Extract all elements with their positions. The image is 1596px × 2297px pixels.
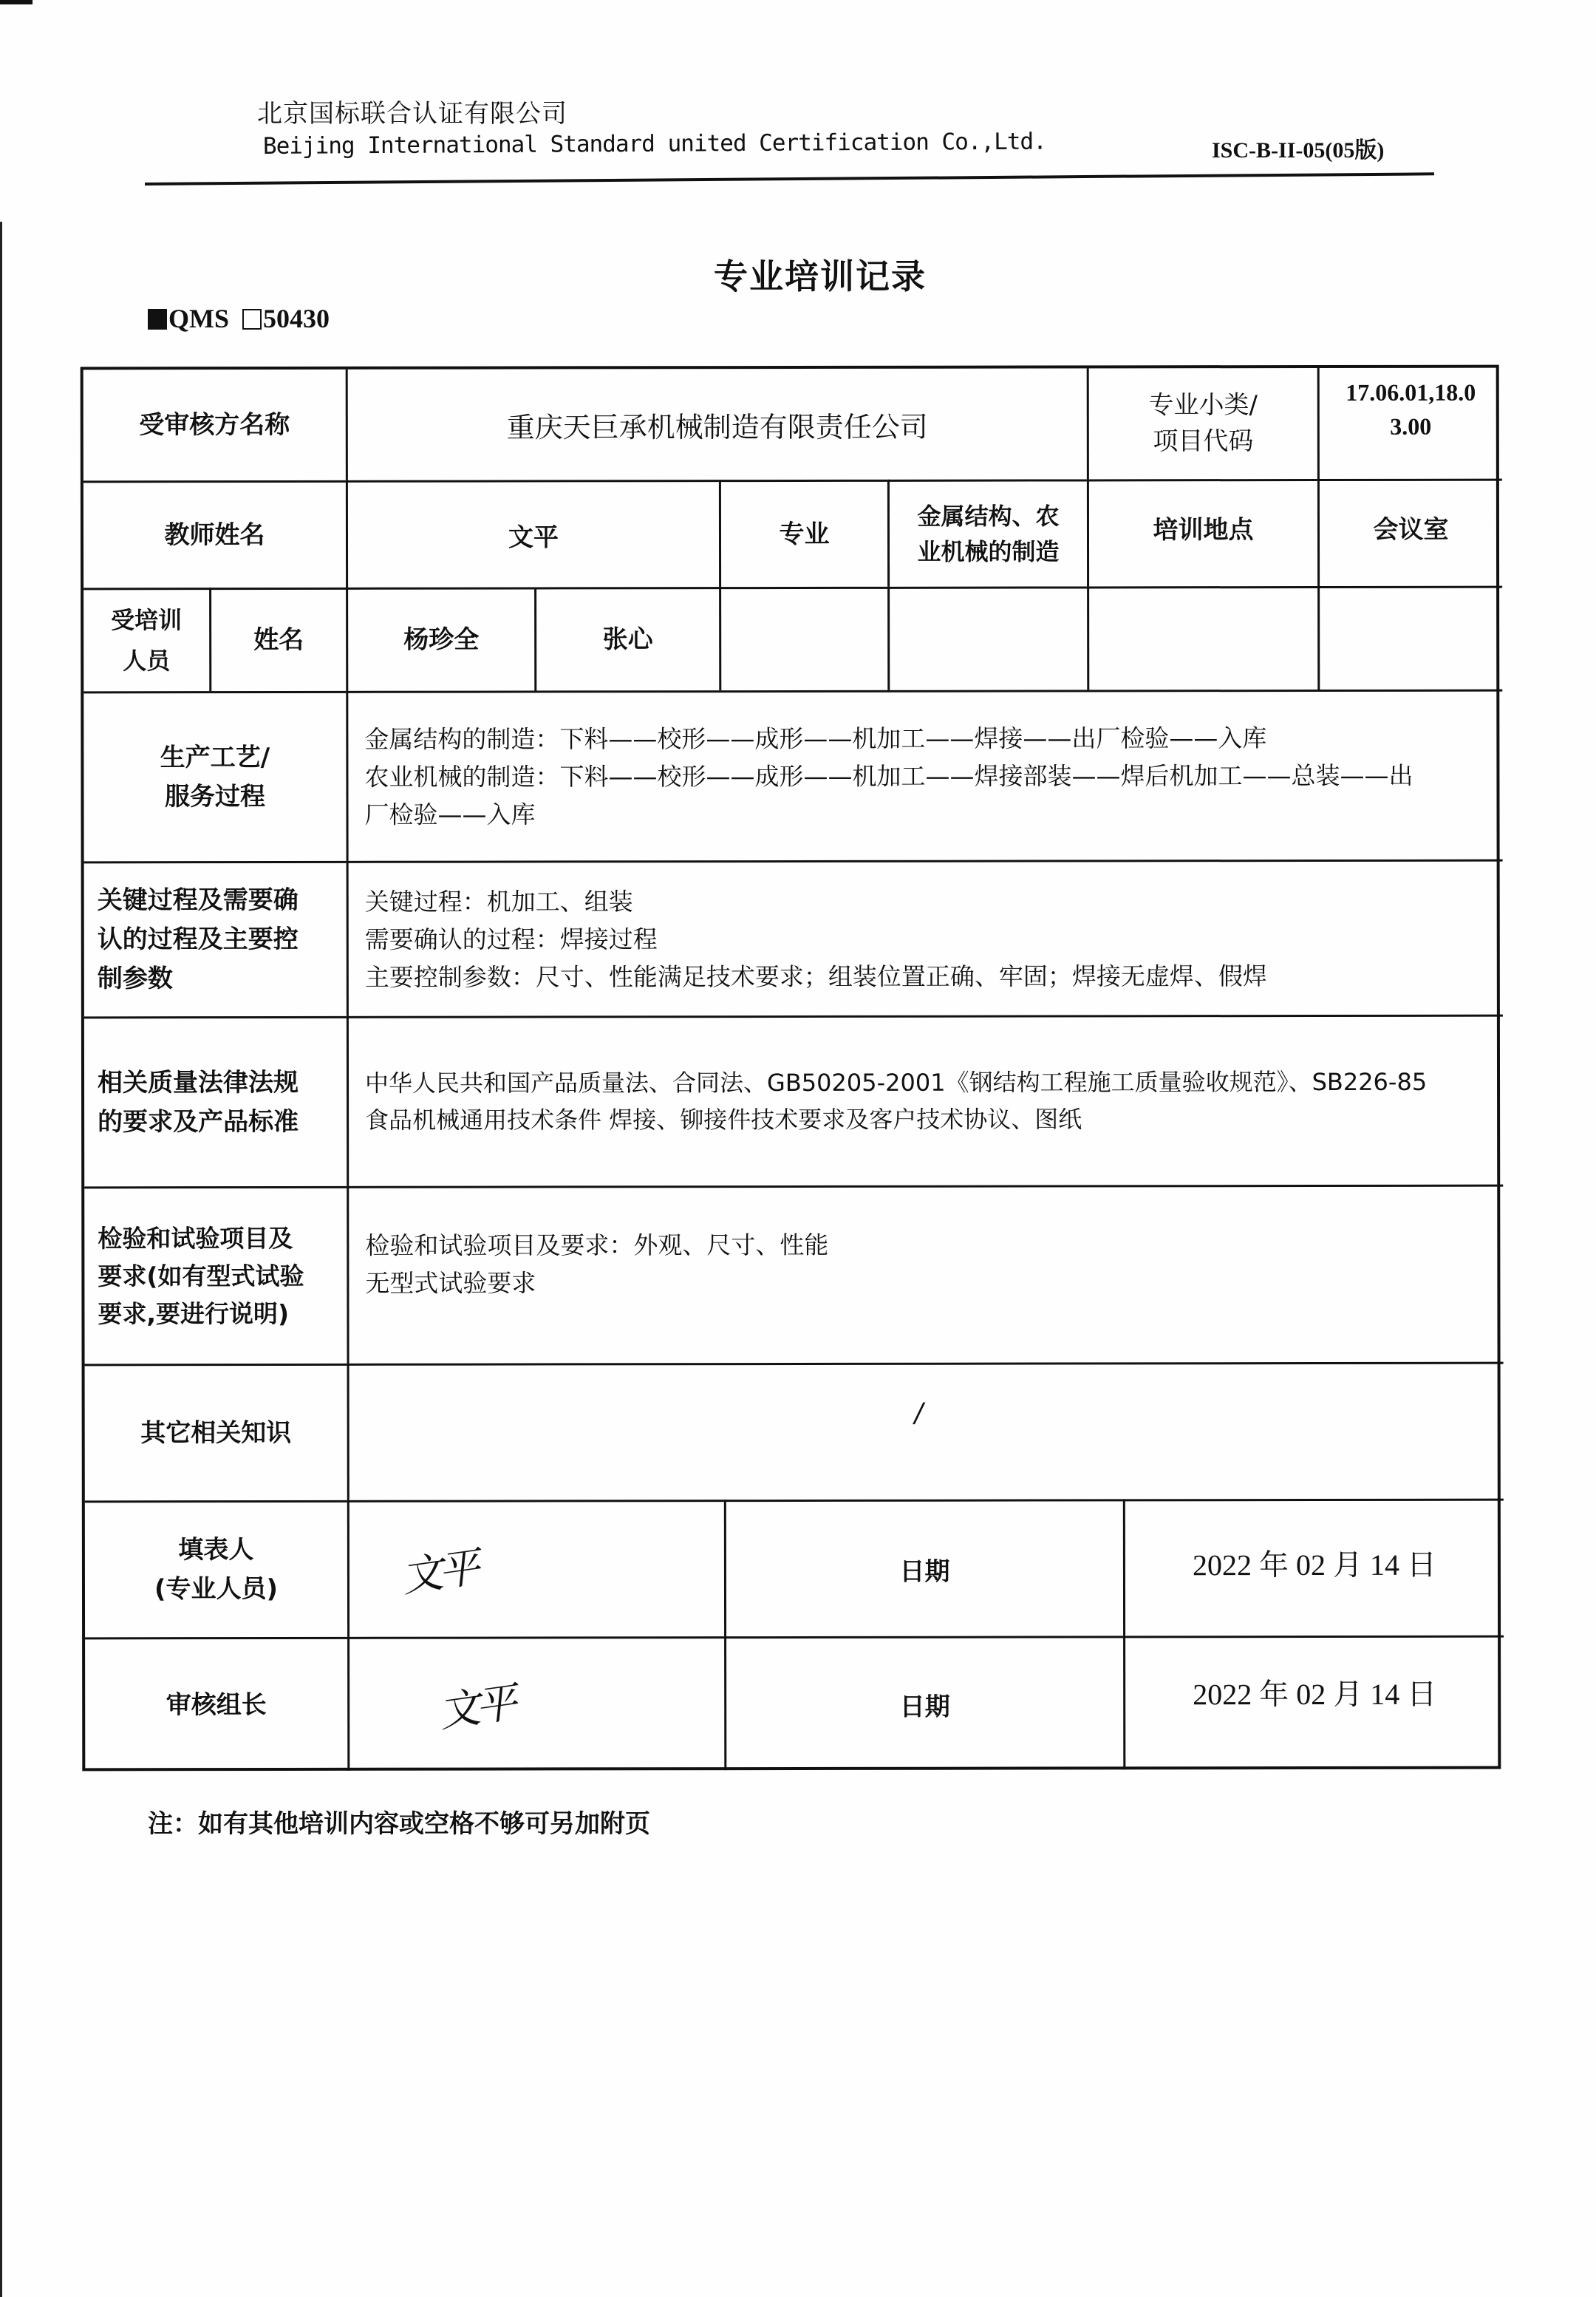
unchecked-checkbox-icon — [242, 309, 262, 330]
form-code: ISC-B-II-05(05版) — [1212, 132, 1384, 164]
qms-label: QMS — [168, 304, 229, 333]
trainee-name-5 — [1087, 586, 1317, 690]
scan-edge-artifact — [0, 0, 33, 4]
inspection-line: 检验和试验项目及要求：外观、尺寸、性能 — [365, 1225, 1503, 1265]
location-label: 培训地点 — [1087, 479, 1317, 586]
document-title: 专业培训记录 — [0, 250, 1596, 299]
process-content: 金属结构的制造：下料——校形——成形——机加工——焊接——出厂检验——入库 农业… — [346, 690, 1502, 861]
filler-label: 填表人 (专业人员) — [85, 1500, 347, 1637]
standard-50430-label: 50430 — [263, 304, 330, 333]
standard-selection: QMS50430 — [148, 303, 330, 334]
trainee-name-6 — [1317, 586, 1502, 690]
other-knowledge-label: 其它相关知识 — [85, 1364, 347, 1500]
teacher-value: 文平 — [346, 480, 719, 588]
key-process-line: 关键过程：机加工、组装 — [365, 881, 1503, 920]
regulations-line: 食品机械通用技术条件 焊接、铆接件技术要求及客户技术协议、图纸 — [365, 1100, 1503, 1139]
filler-date: 2022 年 02 月 14 日 — [1123, 1499, 1504, 1636]
regulations-content: 中华人民共和国产品质量法、合同法、GB50205-2001《钢结构工程施工质量验… — [347, 1015, 1503, 1186]
auditee-value: 重庆天巨承机械制造有限责任公司 — [346, 368, 1087, 480]
filler-signature: 文平 — [398, 1535, 479, 1604]
training-record-table: 受审核方名称 重庆天巨承机械制造有限责任公司 专业小类/ 项目代码 17.06.… — [81, 365, 1501, 1772]
inspection-content: 检验和试验项目及要求：外观、尺寸、性能 无型式试验要求 — [347, 1185, 1503, 1364]
trainee-name-2: 张心 — [534, 587, 719, 690]
other-knowledge-value: / — [912, 1398, 926, 1429]
auditee-label: 受审核方名称 — [83, 370, 346, 480]
regulations-label: 相关质量法律法规 的要求及产品标准 — [84, 1016, 347, 1186]
footer-note: 注：如有其他培训内容或空格不够可另加附页 — [148, 1803, 650, 1840]
location-value: 会议室 — [1317, 479, 1502, 586]
trainee-name-label: 姓名 — [209, 588, 346, 691]
team-leader-date: 2022 年 02 月 14 日 — [1123, 1636, 1504, 1770]
trainees-group-label: 受培训 人员 — [83, 588, 209, 691]
process-line: 农业机械的制造：下料——校形——成形——机加工——焊接部装——焊后机加工——总装… — [364, 757, 1502, 796]
key-process-content: 关键过程：机加工、组装 需要确认的过程：焊接过程 主要控制参数：尺寸、性能满足技… — [347, 860, 1503, 1016]
specialty-label: 专业 — [719, 480, 887, 587]
teacher-label: 教师姓名 — [83, 480, 346, 588]
process-line: 厂检验——入库 — [364, 794, 1502, 834]
filler-date-label: 日期 — [724, 1499, 1123, 1636]
team-leader-signature: 文平 — [434, 1670, 516, 1739]
other-knowledge-content: / — [347, 1362, 1504, 1500]
specialty-value: 金属结构、农 业机械的制造 — [887, 479, 1087, 586]
key-process-line: 主要控制参数：尺寸、性能满足技术要求；组装位置正确、牢固；焊接无虚焊、假焊 — [365, 957, 1503, 996]
category-code-value: 17.06.01,18.0 3.00 — [1317, 368, 1502, 479]
team-leader-label: 审核组长 — [85, 1637, 347, 1771]
scan-edge-artifact — [0, 222, 2, 2297]
header-divider — [145, 172, 1434, 186]
process-line: 金属结构的制造：下料——校形——成形——机加工——焊接——出厂检验——入库 — [364, 718, 1502, 758]
category-code-label: 专业小类/ 项目代码 — [1087, 368, 1317, 479]
team-leader-date-label: 日期 — [724, 1636, 1123, 1770]
trainee-name-4 — [887, 586, 1087, 690]
key-process-line: 需要确认的过程：焊接过程 — [365, 919, 1503, 959]
team-leader-signature-cell: 文平 — [347, 1636, 724, 1771]
checked-checkbox-icon — [148, 309, 167, 330]
company-name-en: Beijing International Standard united Ce… — [263, 129, 1046, 160]
process-label: 生产工艺/ 服务过程 — [83, 691, 346, 861]
key-process-label: 关键过程及需要确 认的过程及主要控 制参数 — [84, 861, 347, 1016]
trainee-name-3 — [719, 587, 887, 690]
inspection-line: 无型式试验要求 — [365, 1263, 1503, 1302]
filler-signature-cell: 文平 — [347, 1500, 724, 1637]
regulations-line: 中华人民共和国产品质量法、合同法、GB50205-2001《钢结构工程施工质量验… — [365, 1064, 1503, 1103]
trainee-name-1: 杨珍全 — [346, 587, 534, 690]
company-name-cn: 北京国标联合认证有限公司 — [257, 93, 567, 129]
inspection-label: 检验和试验项目及 要求(如有型式试验 要求,要进行说明) — [84, 1186, 347, 1364]
